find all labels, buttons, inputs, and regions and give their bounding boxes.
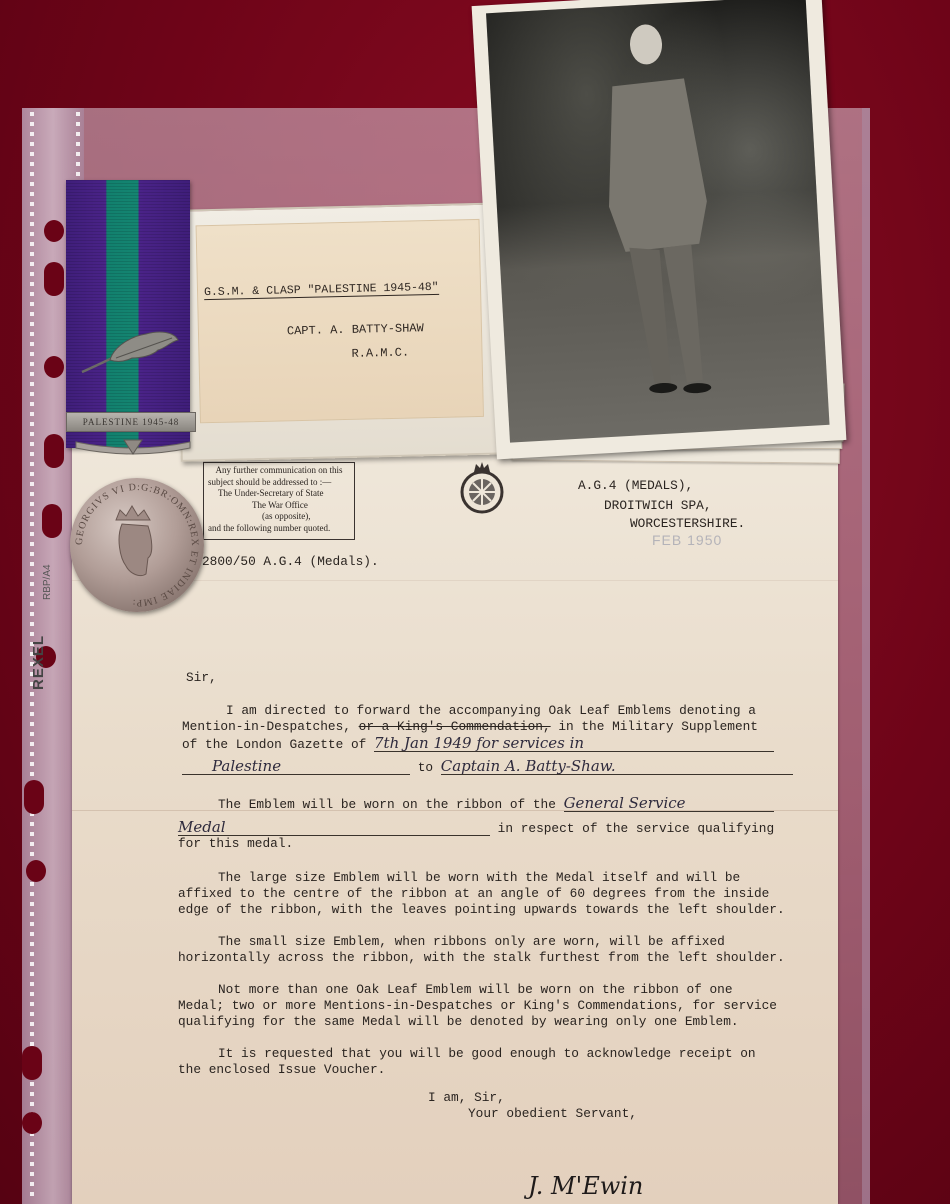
letter-line: affixed to the centre of the ribbon at a… <box>178 886 769 902</box>
photo-image-area <box>486 0 830 443</box>
soldier-photograph <box>472 0 847 459</box>
binder-hole <box>24 780 44 814</box>
letter-line: The Emblem will be worn on the ribbon of… <box>218 795 774 813</box>
binder-hole <box>22 1112 42 1134</box>
box-label-title: G.S.M. & CLASP "PALESTINE 1945-48" <box>204 281 439 300</box>
letter-line: The small size Emblem, when ribbons only… <box>218 934 725 950</box>
letter-line: Not more than one Oak Leaf Emblem will b… <box>218 982 733 998</box>
handwritten-gazette-date: 7th Jan 1949 for services in <box>374 735 774 752</box>
handwritten-recipient: Captain A. Batty-Shaw. <box>441 758 793 775</box>
sender-address-line: WORCESTERSHIRE. <box>630 516 745 532</box>
letter-line: Palestine to Captain A. Batty-Shaw. <box>182 758 793 776</box>
medal-suspender <box>74 436 192 460</box>
reference-number: 2800/50 A.G.4 (Medals). <box>202 554 379 570</box>
box-label-recipient: CAPT. A. BATTY-SHAW <box>287 321 424 338</box>
text-span: The Emblem will be worn on the ribbon of… <box>218 797 564 812</box>
text-span: in respect of the service qualifying <box>490 821 774 836</box>
binder-hole <box>44 220 64 242</box>
text-span: to <box>418 760 433 775</box>
struck-text: or a King's Commendation, <box>359 719 551 734</box>
letter-line: for this medal. <box>178 836 293 852</box>
sender-address-line: DROITWICH SPA, <box>604 498 712 514</box>
address-instructions-box: Any further communication on this subjec… <box>203 462 355 540</box>
palestine-clasp: PALESTINE 1945-48 <box>66 412 196 432</box>
letter-line: the enclosed Issue Voucher. <box>178 1062 385 1078</box>
letter-line: I am directed to forward the accompanyin… <box>226 703 756 719</box>
handwritten-theatre: Palestine <box>182 758 410 775</box>
gsm-medal-obverse: GEORGIVS VI D:G:BR:OMN:REX ET INDIAE IMP… <box>70 478 204 612</box>
letter-line: qualifying for the same Medal will be de… <box>178 1014 739 1030</box>
binder-hole <box>42 504 62 538</box>
crown-seal-icon <box>458 458 506 514</box>
handwritten-medal-name: General Service <box>564 795 774 812</box>
address-box-line: The War Office <box>208 500 350 512</box>
box-label-unit: R.A.M.C. <box>351 346 409 361</box>
address-box-line: (as opposite), <box>208 511 350 523</box>
soldier-figure <box>546 9 767 410</box>
text-span: Mention-in-Despatches, <box>182 719 359 734</box>
oak-leaf-emblem-icon <box>80 328 180 374</box>
binder-hole <box>22 1046 42 1080</box>
letter-line: Medal in respect of the service qualifyi… <box>178 819 774 837</box>
closing-line: Your obedient Servant, <box>468 1106 637 1122</box>
binder-hole <box>26 860 46 882</box>
binder-hole <box>44 262 64 296</box>
letter-line: It is requested that you will be good en… <box>218 1046 756 1062</box>
gsm-ribbon <box>66 180 190 448</box>
address-box-line: The Under-Secretary of State <box>208 488 350 500</box>
letter-line: The large size Emblem will be worn with … <box>218 870 740 886</box>
binder-hole <box>44 356 64 378</box>
salutation: Sir, <box>186 670 217 686</box>
address-box-line: and the following number quoted. <box>208 523 350 535</box>
address-box-line: subject should be addressed to :— <box>208 477 350 489</box>
box-label: G.S.M. & CLASP "PALESTINE 1945-48" CAPT.… <box>196 219 484 423</box>
letter-line: Mention-in-Despatches, or a King's Comme… <box>182 719 758 735</box>
closing-line: I am, Sir, <box>428 1090 505 1106</box>
sleeve-brand-logo: REXEL <box>30 635 47 690</box>
sender-address-line: A.G.4 (MEDALS), <box>578 478 693 494</box>
letter-line: of the London Gazette of 7th Jan 1949 fo… <box>182 735 774 753</box>
letter-line: edge of the ribbon, with the leaves poin… <box>178 902 785 918</box>
text-span: of the London Gazette of <box>182 737 374 752</box>
signature: J. M'Ewin <box>528 1172 643 1200</box>
medal-legend: GEORGIVS VI D:G:BR:OMN:REX ET INDIAE IMP… <box>70 478 204 612</box>
text-span: in the Military Supplement <box>551 719 758 734</box>
medal-box: G.S.M. & CLASP "PALESTINE 1945-48" CAPT.… <box>175 202 515 462</box>
binder-hole <box>44 434 64 468</box>
sleeve-code-label: RBP/A4 <box>42 564 53 600</box>
address-box-line: Any further communication on this <box>208 465 350 477</box>
letter-line: Medal; two or more Mentions-in-Despatche… <box>178 998 777 1014</box>
handwritten-medal-name: Medal <box>178 819 490 836</box>
letter-line: horizontally across the ribbon, with the… <box>178 950 785 966</box>
date-stamp: FEB 1950 <box>652 532 722 548</box>
